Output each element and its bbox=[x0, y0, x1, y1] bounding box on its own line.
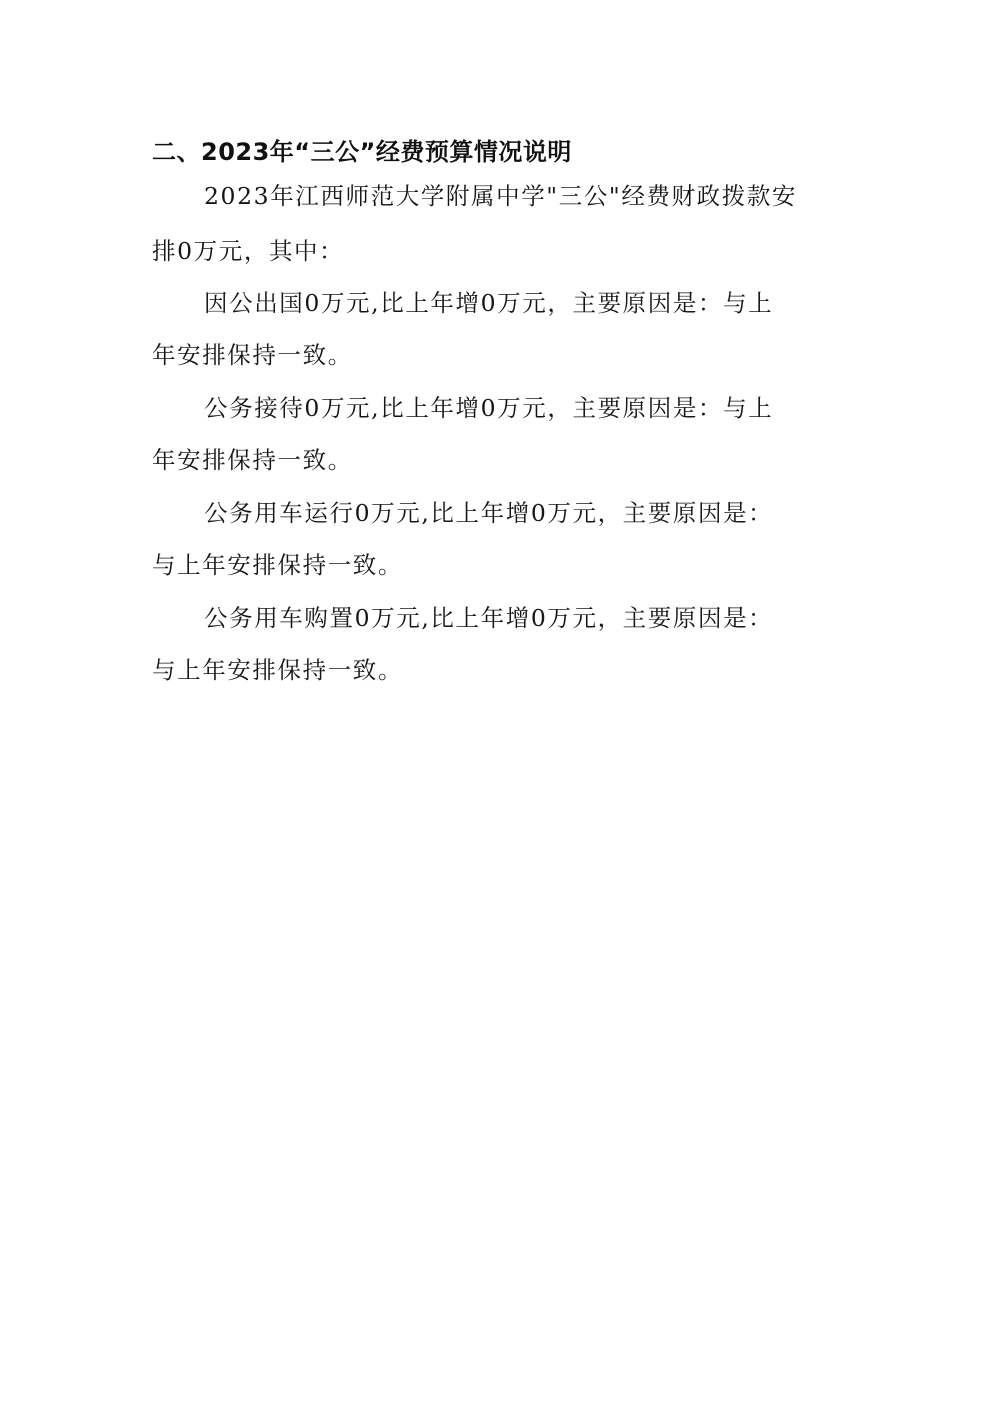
paragraph-line: 公务接待0万元,比上年增0万元，主要原因是：与上 bbox=[204, 391, 773, 425]
paragraph-line: 公务用车购置0万元,比上年增0万元，主要原因是： bbox=[204, 601, 773, 635]
section-heading: 二、2023年“三公”经费预算情况说明 bbox=[152, 135, 572, 169]
document-page: 二、2023年“三公”经费预算情况说明 2023年江西师范大学附属中学"三公"经… bbox=[0, 0, 999, 1413]
paragraph-line: 公务用车运行0万元,比上年增0万元，主要原因是： bbox=[204, 496, 773, 530]
paragraph-line: 年安排保持一致。 bbox=[152, 443, 353, 477]
paragraph-line: 排0万元，其中： bbox=[152, 234, 344, 268]
paragraph-line: 与上年安排保持一致。 bbox=[152, 653, 403, 687]
paragraph-line: 与上年安排保持一致。 bbox=[152, 548, 403, 582]
paragraph-line: 因公出国0万元,比上年增0万元，主要原因是：与上 bbox=[204, 286, 773, 320]
paragraph-line: 2023年江西师范大学附属中学"三公"经费财政拨款安 bbox=[204, 179, 797, 213]
paragraph-line: 年安排保持一致。 bbox=[152, 338, 353, 372]
